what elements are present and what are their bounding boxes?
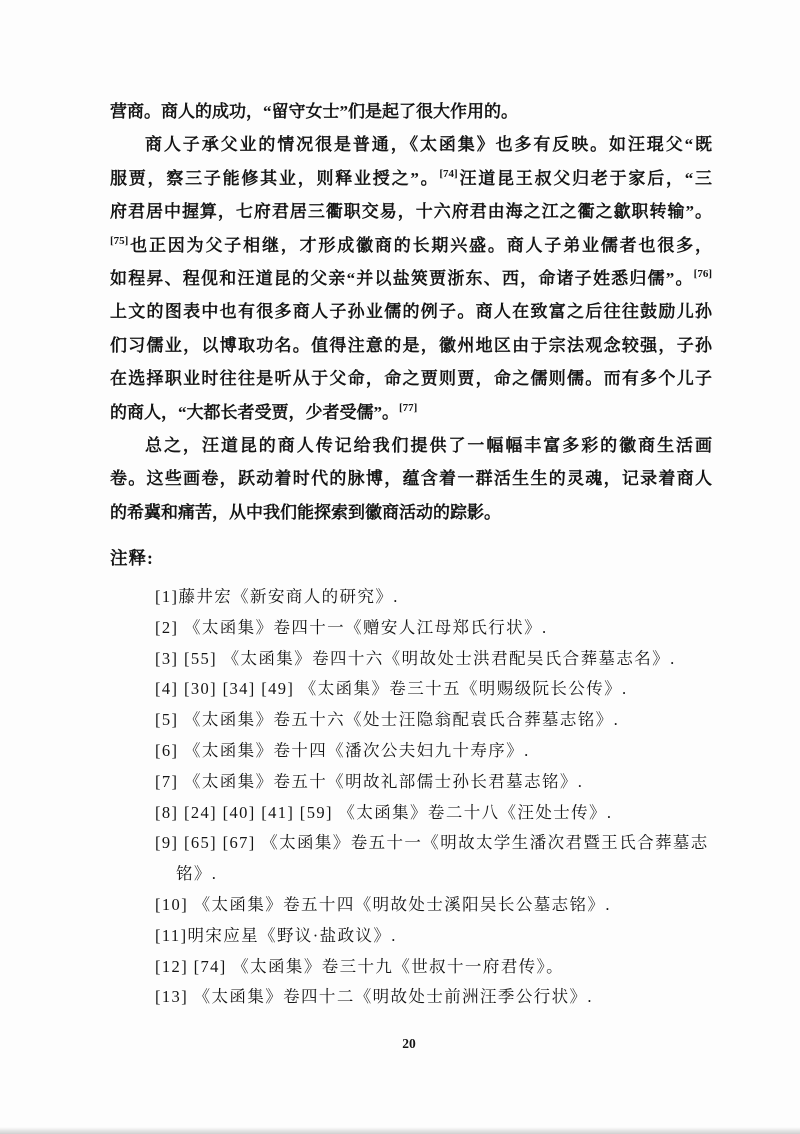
text-segment: 上文的图表中也有很多商人子孙业儒的例子。商人在致富之后往往鼓励儿孙 bbox=[110, 302, 712, 321]
footnote-ref: [77] bbox=[399, 402, 417, 414]
body-paragraphs: 营商。商人的成功，“留守女士”们是起了很大作用的。商人子承父业的情况很是普通，《… bbox=[110, 95, 712, 529]
text-segment: 服贾，察三子能修其业，则释业授之”。 bbox=[110, 169, 439, 188]
text-line: 府君居中握算，七府君居三衢职交易，十六府君由海之江之衢之歙职转输”。 bbox=[110, 195, 712, 228]
text-segment: 的希冀和痛苦，从中我们能探索到徽商活动的踪影。 bbox=[110, 503, 501, 522]
text-line: [75]也正因为父子相继，才形成徽商的长期兴盛。商人子弟业儒者也很多， bbox=[110, 229, 712, 262]
text-segment: 卷。这些画卷，跃动着时代的脉博，蕴含着一群活生生的灵魂，记录着商人 bbox=[110, 469, 712, 488]
note-line: [8] [24] [40] [41] [59] 《太函集》卷二十八《汪处士传》. bbox=[110, 798, 725, 829]
text-line: 卷。这些画卷，跃动着时代的脉博，蕴含着一群活生生的灵魂，记录着商人 bbox=[110, 462, 712, 495]
text-segment: 在选择职业时往往是听从于父命，命之贾则贾，命之儒则儒。而有多个儿子 bbox=[110, 369, 712, 388]
notes-section: 注释: [1]藤井宏《新安商人的研究》.[2] 《太函集》卷四十一《赠安人江母郑… bbox=[110, 545, 725, 1013]
notes-list: [1]藤井宏《新安商人的研究》.[2] 《太函集》卷四十一《赠安人江母郑氏行状》… bbox=[110, 582, 725, 1013]
text-segment: 们习儒业，以博取功名。值得注意的是，徽州地区由于宗法观念较强，子孙 bbox=[110, 336, 712, 355]
text-segment: 府君居中握算，七府君居三衢职交易，十六府君由海之江之衢之歙职转输”。 bbox=[110, 202, 712, 221]
text-line: 商人子承父业的情况很是普通，《太函集》也多有反映。如汪琨父“既 bbox=[110, 128, 712, 161]
text-segment: 营商。商人的成功，“留守女士”们是起了很大作用的。 bbox=[110, 102, 518, 121]
notes-heading: 注释: bbox=[110, 545, 725, 582]
note-line: [10] 《太函集》卷五十四《明故处士溪阳吴长公墓志铭》. bbox=[110, 890, 725, 921]
text-segment: 也正因为父子相继，才形成徽商的长期兴盛。商人子弟业儒者也很多， bbox=[128, 236, 712, 255]
text-segment: 汪道昆王叔父归老于家后，“三 bbox=[458, 169, 712, 188]
text-line: 的商人，“大都长者受贾，少者受儒”。[77] bbox=[110, 396, 712, 429]
footnote-ref: [76] bbox=[694, 268, 712, 280]
text-line: 服贾，察三子能修其业，则释业授之”。[74]汪道昆王叔父归老于家后，“三 bbox=[110, 162, 712, 195]
page-number: 20 bbox=[0, 1036, 800, 1052]
note-line: [7] 《太函集》卷五十《明故礼部儒士孙长君墓志铭》. bbox=[110, 767, 725, 798]
note-line: [3] [55] 《太函集》卷四十六《明故处士洪君配吴氏合葬墓志名》. bbox=[110, 644, 725, 675]
note-line: [13] 《太函集》卷四十二《明故处士前洲汪季公行状》. bbox=[110, 982, 725, 1013]
footnote-ref: [74] bbox=[439, 168, 457, 180]
text-line: 上文的图表中也有很多商人子孙业儒的例子。商人在致富之后往往鼓励儿孙 bbox=[110, 295, 712, 328]
note-line: [4] [30] [34] [49] 《太函集》卷三十五《明赐级阮长公传》. bbox=[110, 674, 725, 705]
note-line: [6] 《太函集》卷十四《潘次公夫妇九十寿序》. bbox=[110, 736, 725, 767]
note-line: [9] [65] [67] 《太函集》卷五十一《明故太学生潘次君暨王氏合葬墓志 bbox=[110, 828, 725, 859]
note-line: 铭》. bbox=[110, 859, 725, 890]
text-line: 营商。商人的成功，“留守女士”们是起了很大作用的。 bbox=[110, 95, 712, 128]
text-line: 们习儒业，以博取功名。值得注意的是，徽州地区由于宗法观念较强，子孙 bbox=[110, 329, 712, 362]
text-line: 在选择职业时往往是听从于父命，命之贾则贾，命之儒则儒。而有多个儿子 bbox=[110, 362, 712, 395]
document-page: 营商。商人的成功，“留守女士”们是起了很大作用的。商人子承父业的情况很是普通，《… bbox=[0, 0, 800, 1134]
note-line: [2] 《太函集》卷四十一《赠安人江母郑氏行状》. bbox=[110, 613, 725, 644]
text-segment: 商人子承父业的情况很是普通，《太函集》也多有反映。如汪琨父“既 bbox=[145, 135, 712, 154]
text-line: 的希冀和痛苦，从中我们能探索到徽商活动的踪影。 bbox=[110, 496, 712, 529]
note-line: [12] [74] 《太函集》卷三十九《世叔十一府君传》。 bbox=[110, 952, 725, 983]
note-line: [5] 《太函集》卷五十六《处士汪隐翁配袁氏合葬墓志铭》. bbox=[110, 705, 725, 736]
note-line: [11]明宋应星《野议·盐政议》. bbox=[110, 921, 725, 952]
note-line: [1]藤井宏《新安商人的研究》. bbox=[110, 582, 725, 613]
text-segment: 的商人，“大都长者受贾，少者受儒”。 bbox=[110, 403, 399, 422]
text-line: 如程昇、程伣和汪道昆的父亲“并以盐筴贾浙东、西，命诸子姓悉归儒”。[76] bbox=[110, 262, 712, 295]
text-segment: 总之，汪道昆的商人传记给我们提供了一幅幅丰富多彩的徽商生活画 bbox=[145, 436, 712, 455]
text-line: 总之，汪道昆的商人传记给我们提供了一幅幅丰富多彩的徽商生活画 bbox=[110, 429, 712, 462]
footnote-ref: [75] bbox=[110, 235, 128, 247]
text-segment: 如程昇、程伣和汪道昆的父亲“并以盐筴贾浙东、西，命诸子姓悉归儒”。 bbox=[110, 269, 694, 288]
